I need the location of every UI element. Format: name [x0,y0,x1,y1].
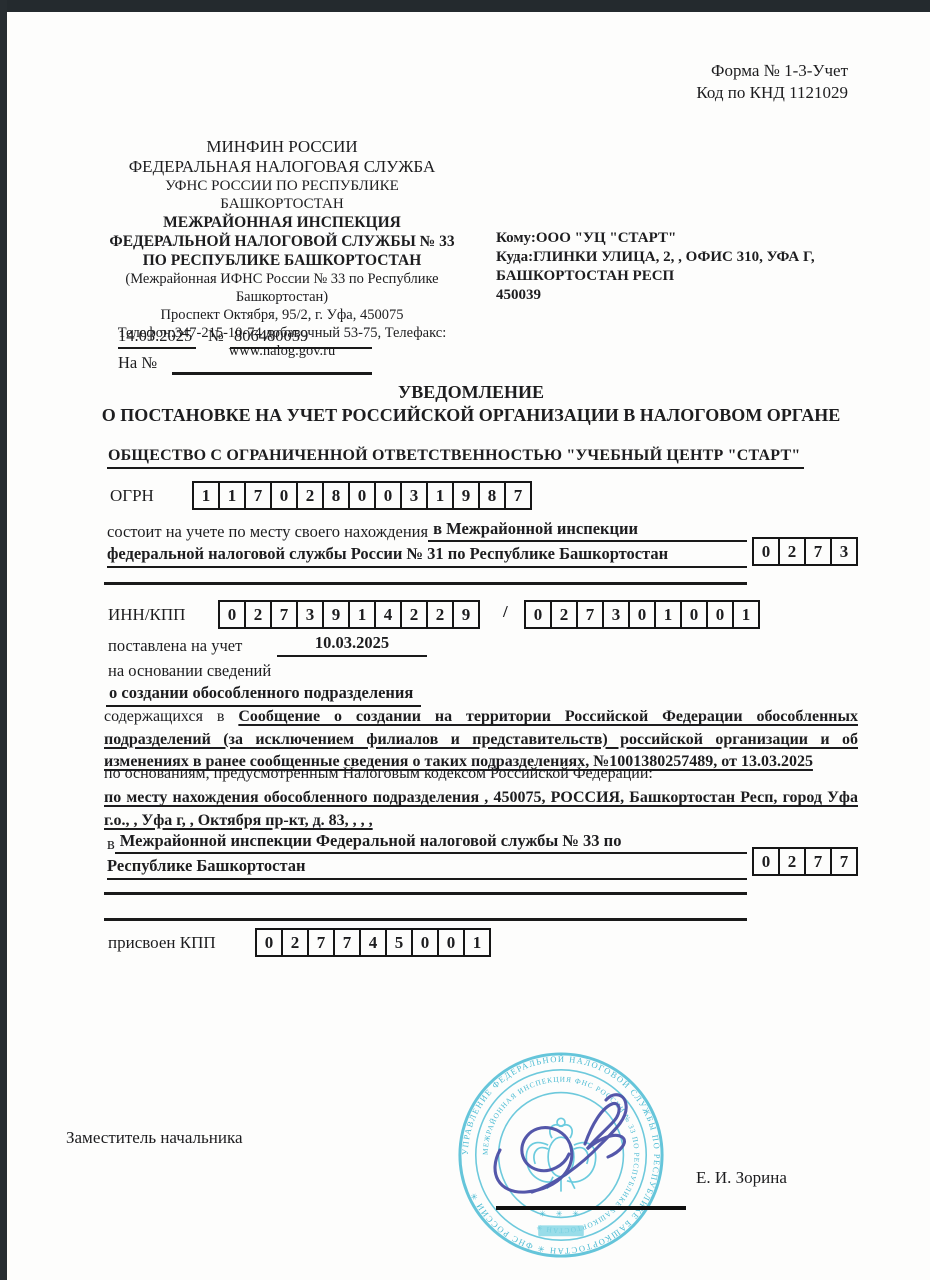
digit-cell: 1 [654,600,682,629]
recipient-postal-code: 450039 [496,286,886,305]
sender-line: ФЕДЕРАЛЬНАЯ НАЛОГОВАЯ СЛУЖБА [103,157,461,177]
digit-cell: 5 [385,928,413,957]
document-date: 14.03.2025 [118,326,196,349]
ogrn-label: ОГРН [110,486,154,506]
digit-cell: 3 [830,537,858,566]
digit-cell: 1 [463,928,491,957]
new-authority-name-part1: Межрайонной инспекции Федеральной налого… [115,831,747,854]
digit-cell: 2 [550,600,578,629]
digit-cell: 8 [322,481,350,510]
grounds-bold-text: по месту нахождения обособленного подраз… [104,789,858,829]
authority-31-code-boxes: 0273 [752,537,858,566]
ogrn-digit-boxes: 1170280031987 [192,481,532,510]
title-line-1: УВЕДОМЛЕНИЕ [85,381,857,404]
registration-text: состоит на учете по месту своего нахожде… [107,522,428,542]
sender-line: УФНС РОССИИ ПО РЕСПУБЛИКЕ [103,177,461,195]
digit-cell: 2 [296,481,324,510]
digit-cell: 1 [218,481,246,510]
digit-cell: 4 [374,600,402,629]
document-page: Форма № 1-3-Учет Код по КНД 1121029 МИНФ… [0,0,930,1280]
sender-line: МЕЖРАЙОННАЯ ИНСПЕКЦИЯ [103,213,461,232]
registration-authority-part1: в Межрайонной инспекции [428,519,747,542]
kpp-assigned-digit-boxes: 027745001 [255,928,491,957]
basis-intro: на основании сведений [108,661,271,681]
blank-underline [104,582,747,585]
digit-cell: 7 [270,600,298,629]
digit-cell: 2 [778,537,806,566]
sender-line: ПО РЕСПУБЛИКЕ БАШКОРТОСТАН [103,251,461,270]
digit-cell: 0 [411,928,439,957]
digit-cell: 7 [804,537,832,566]
digit-cell: 1 [192,481,220,510]
grounds-intro: по основаниям, предусмотренным Налоговым… [104,765,653,783]
form-reference-block: Форма № 1-3-Учет Код по КНД 1121029 [628,60,848,104]
handwritten-signature [486,1086,681,1221]
stamp-bottom-badge [538,1225,584,1236]
new-authority-name-part2: Республике Башкортостан [107,856,747,880]
digit-cell: 0 [680,600,708,629]
digit-cell: 1 [426,481,454,510]
recipient-address-1: Куда:ГЛИНКИ УЛИЦА, 2, , ОФИС 310, УФА Г, [496,248,886,267]
digit-cell: 1 [348,600,376,629]
contained-in-paragraph: содержащихся в Сообщение о создании на т… [104,706,858,774]
sender-line: Проспект Октября, 95/2, г. Уфа, 450075 [103,306,461,324]
digit-cell: 7 [244,481,272,510]
basis-reason: о создании обособленного подразделения [106,683,421,707]
digit-cell: 2 [244,600,272,629]
registration-statement-line1: состоит на учете по месту своего нахожде… [107,519,747,542]
digit-cell: 7 [307,928,335,957]
blank-underline [104,918,747,921]
digit-cell: 0 [218,600,246,629]
sender-line: МИНФИН РОССИИ [103,137,461,157]
recipient-block: Кому:ООО "УЦ "СТАРТ" Куда:ГЛИНКИ УЛИЦА, … [496,229,886,305]
document-title: УВЕДОМЛЕНИЕ О ПОСТАНОВКЕ НА УЧЕТ РОССИЙС… [85,381,857,427]
digit-cell: 7 [804,847,832,876]
digit-cell: 8 [478,481,506,510]
digit-cell: 0 [374,481,402,510]
signer-name: Е. И. Зорина [696,1168,787,1188]
document-number: 806480059 [230,326,372,349]
kpp-digit-boxes: 027301001 [524,600,760,629]
new-authority-line1: в Межрайонной инспекции Федеральной нало… [107,831,747,854]
digit-cell: 2 [281,928,309,957]
sender-line: Башкортостан) [103,288,461,306]
signature-line [496,1206,686,1210]
digit-cell: 0 [255,928,283,957]
contained-normal-text: содержащихся в [104,708,224,725]
knd-code-label: Код по КНД 1121029 [628,82,848,104]
digit-cell: 2 [400,600,428,629]
inn-kpp-separator: / [503,602,508,622]
title-line-2: О ПОСТАНОВКЕ НА УЧЕТ РОССИЙСКОЙ ОРГАНИЗА… [85,404,857,427]
digit-cell: 2 [426,600,454,629]
digit-cell: 7 [830,847,858,876]
digit-cell: 3 [602,600,630,629]
kpp-assigned-label: присвоен КПП [108,933,216,953]
reply-reference-line [172,372,372,375]
digit-cell: 0 [752,847,780,876]
authority-33-code-boxes: 0277 [752,847,858,876]
registration-date-label: поставлена на учет [108,636,242,656]
scan-edge-top [0,0,930,12]
recipient-to: Кому:ООО "УЦ "СТАРТ" [496,229,886,248]
digit-cell: 7 [504,481,532,510]
inn-kpp-label: ИНН/КПП [108,605,185,625]
digit-cell: 0 [270,481,298,510]
digit-cell: 0 [437,928,465,957]
digit-cell: 9 [452,481,480,510]
digit-cell: 3 [400,481,428,510]
scan-edge-left [0,0,7,1280]
digit-cell: 2 [778,847,806,876]
reply-reference-label: На № [118,353,157,373]
number-sign: № [208,326,224,346]
digit-cell: 4 [359,928,387,957]
blank-underline [104,892,747,895]
sender-line: ФЕДЕРАЛЬНОЙ НАЛОГОВОЙ СЛУЖБЫ № 33 [103,232,461,251]
digit-cell: 7 [576,600,604,629]
grounds-paragraph: по месту нахождения обособленного подраз… [104,787,858,832]
new-authority-prefix: в [107,834,115,854]
digit-cell: 1 [732,600,760,629]
digit-cell: 0 [348,481,376,510]
organization-name: ОБЩЕСТВО С ОГРАНИЧЕННОЙ ОТВЕТСТВЕННОСТЬЮ… [107,447,804,469]
signer-position: Заместитель начальника [66,1128,243,1148]
digit-cell: 9 [322,600,350,629]
digit-cell: 7 [333,928,361,957]
registration-authority-part2: федеральной налоговой службы России № 31… [107,544,747,568]
inn-digit-boxes: 0273914229 [218,600,480,629]
sender-line: (Межрайонная ИФНС России № 33 по Республ… [103,270,461,288]
digit-cell: 0 [706,600,734,629]
recipient-address-2: БАШКОРТОСТАН РЕСП [496,267,886,286]
digit-cell: 9 [452,600,480,629]
digit-cell: 0 [628,600,656,629]
form-number-label: Форма № 1-3-Учет [628,60,848,82]
digit-cell: 3 [296,600,324,629]
sender-line: БАШКОРТОСТАН [103,195,461,213]
digit-cell: 0 [524,600,552,629]
registration-date: 10.03.2025 [277,633,427,657]
digit-cell: 0 [752,537,780,566]
